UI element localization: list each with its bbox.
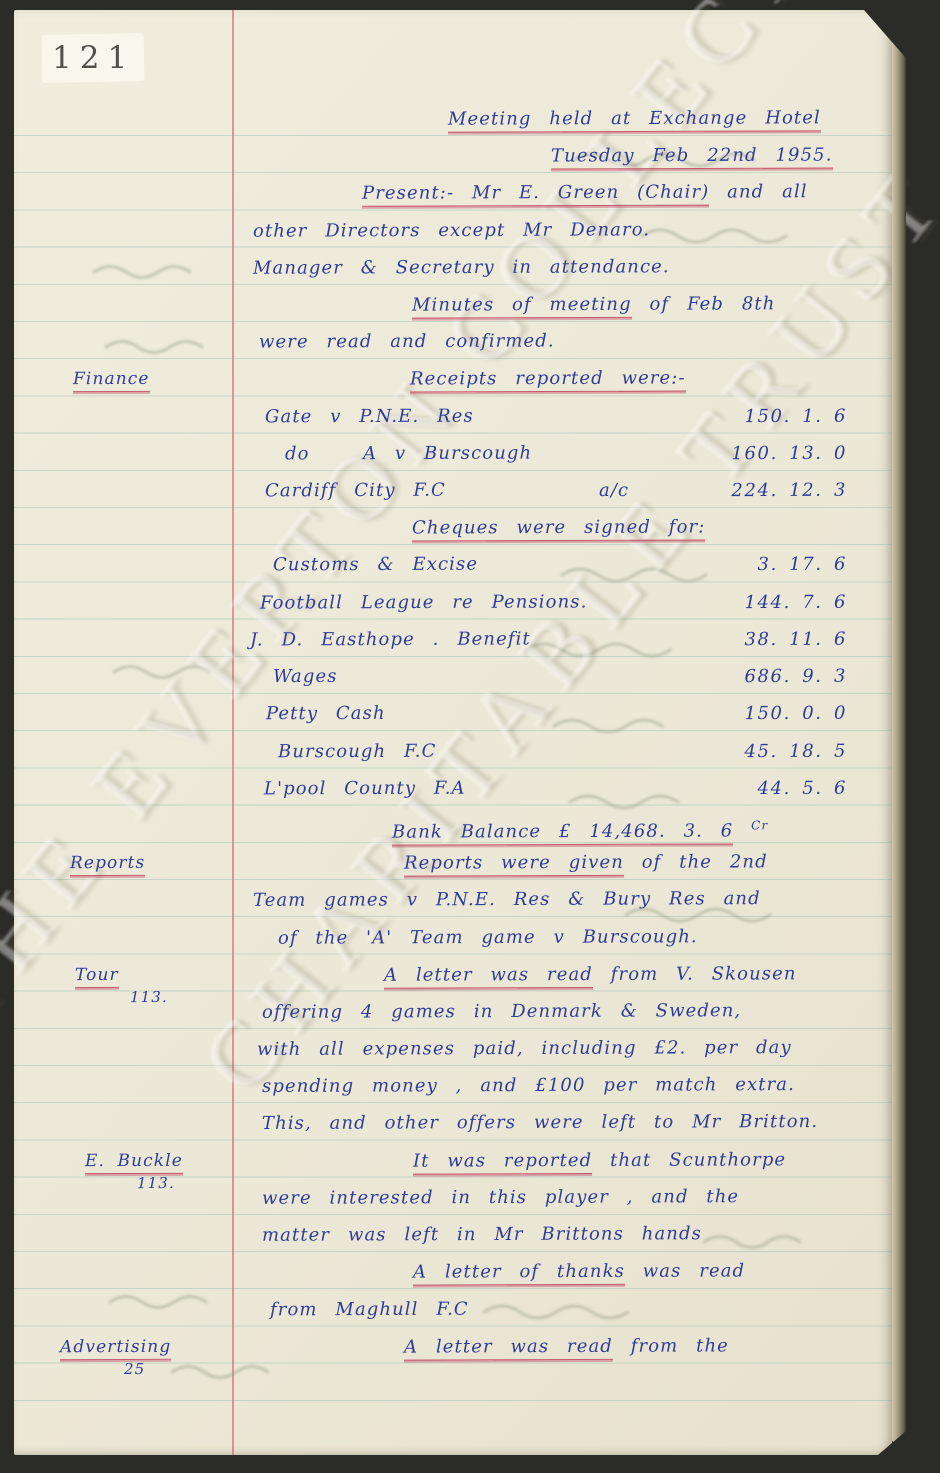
cheque-amount: 38. 11. 6 — [689, 627, 847, 654]
present-underlined: Present:- Mr E. Green (Chair) — [362, 182, 709, 207]
cheques-heading: Cheques were signed for: — [412, 514, 705, 541]
cheque-amount: 45. 18. 5 — [689, 739, 847, 766]
tour-line3: with all expenses paid, including £2. pe… — [257, 1035, 792, 1063]
margin-heading-finance: Finance — [73, 366, 150, 392]
book-fore-edge — [892, 14, 906, 1442]
bank-balance-suffix: Cr — [751, 818, 768, 832]
thanks-line2: from Maghull F.C — [270, 1297, 469, 1324]
tour-line1: A letter was read from V. Skousen — [384, 961, 797, 988]
cheque-desc: L'pool County F.A — [264, 776, 466, 803]
attendance-line: Manager & Secretary in attendance. — [253, 254, 670, 281]
receipt-desc: Cardiff City F.C — [265, 478, 446, 505]
minutes-rest: of Feb 8th — [632, 293, 776, 315]
present-line: Present:- Mr E. Green (Chair) and all — [362, 179, 808, 207]
directors-line: other Directors except Mr Denaro. — [253, 217, 650, 244]
reports-line1: Reports were given of the 2nd — [404, 849, 768, 876]
cheque-amount: 3. 17. 6 — [689, 552, 847, 579]
buckle-line1: It was reported that Scunthorpe — [413, 1147, 786, 1174]
receipt-amount: 150. 1. 6 — [689, 404, 847, 431]
buckle-line3: matter was left in Mr Brittons hands — [262, 1221, 702, 1249]
minute-book-page: THE EVERTON COLLECTION CHARITABLE TRUST … — [14, 10, 892, 1455]
tour-line4: spending money , and £100 per match extr… — [262, 1072, 795, 1100]
receipt-desc: do A v Burscough — [285, 441, 532, 468]
receipts-heading: Receipts reported were:- — [410, 366, 686, 393]
photo-background: THE EVERTON COLLECTION CHARITABLE TRUST … — [0, 0, 940, 1473]
cheque-desc: Customs & Excise — [273, 552, 478, 579]
bank-balance-line: Bank Balance £ 14,468. 3. 6 Cr — [392, 812, 768, 845]
margin-heading-advertising: Advertising — [60, 1334, 171, 1360]
page-corner-shadow-bottom — [878, 1431, 906, 1455]
red-margin-line — [232, 10, 234, 1455]
receipt-note: a/c — [599, 478, 629, 504]
margin-heading-tour: Tour — [75, 962, 119, 988]
meeting-date: Tuesday Feb 22nd 1955. — [551, 145, 833, 170]
page-number: 121 — [52, 40, 135, 76]
cheque-amount: 144. 7. 6 — [689, 590, 847, 617]
reports-line2: Team games v P.N.E. Res & Bury Res and — [253, 886, 761, 914]
buckle-line2: were interested in this player , and the — [262, 1184, 739, 1212]
margin-heading-reports: Reports — [70, 850, 145, 876]
cheque-desc: J. D. Easthope . Benefit — [250, 627, 531, 654]
minutes-line: Minutes of meeting of Feb 8th — [412, 291, 776, 318]
reports-line3: of the 'A' Team game v Burscough. — [278, 924, 698, 951]
tour-line2: offering 4 games in Denmark & Sweden, — [262, 998, 741, 1026]
heading-date-line: Tuesday Feb 22nd 1955. — [551, 143, 833, 170]
thanks-line1: A letter of thanks was read — [413, 1258, 745, 1285]
meeting-title: Meeting held at Exchange Hotel — [448, 107, 821, 132]
tour-line5: This, and other offers were left to Mr B… — [262, 1109, 818, 1137]
cheque-desc: Wages — [273, 664, 338, 690]
margin-ref-number: 113. — [130, 984, 168, 1010]
cheque-desc: Petty Cash — [266, 701, 386, 727]
cheque-amount: 150. 0. 0 — [689, 701, 847, 728]
advertising-line1: A letter was read from the — [404, 1333, 729, 1360]
receipt-amount: 224. 12. 3 — [689, 478, 847, 505]
present-rest: and all — [709, 181, 807, 202]
page-corner-shadow-top — [864, 10, 906, 58]
receipt-amount: 160. 13. 0 — [689, 441, 847, 468]
margin-ref-number: 113. — [137, 1170, 175, 1196]
receipt-desc: Gate v P.N.E. Res — [265, 404, 474, 431]
cheque-desc: Football League re Pensions. — [260, 589, 588, 616]
ruled-lines — [14, 135, 892, 1403]
minutes-underlined: Minutes of meeting — [412, 294, 632, 319]
confirmed-line: were read and confirmed. — [259, 328, 555, 355]
margin-ref-number: 25 — [124, 1356, 145, 1382]
cheque-desc: Burscough F.C — [278, 739, 437, 766]
cheque-amount: 686. 9. 3 — [689, 664, 847, 691]
cheque-amount: 44. 5. 6 — [689, 776, 847, 803]
heading-meeting-line: Meeting held at Exchange Hotel — [448, 105, 821, 132]
